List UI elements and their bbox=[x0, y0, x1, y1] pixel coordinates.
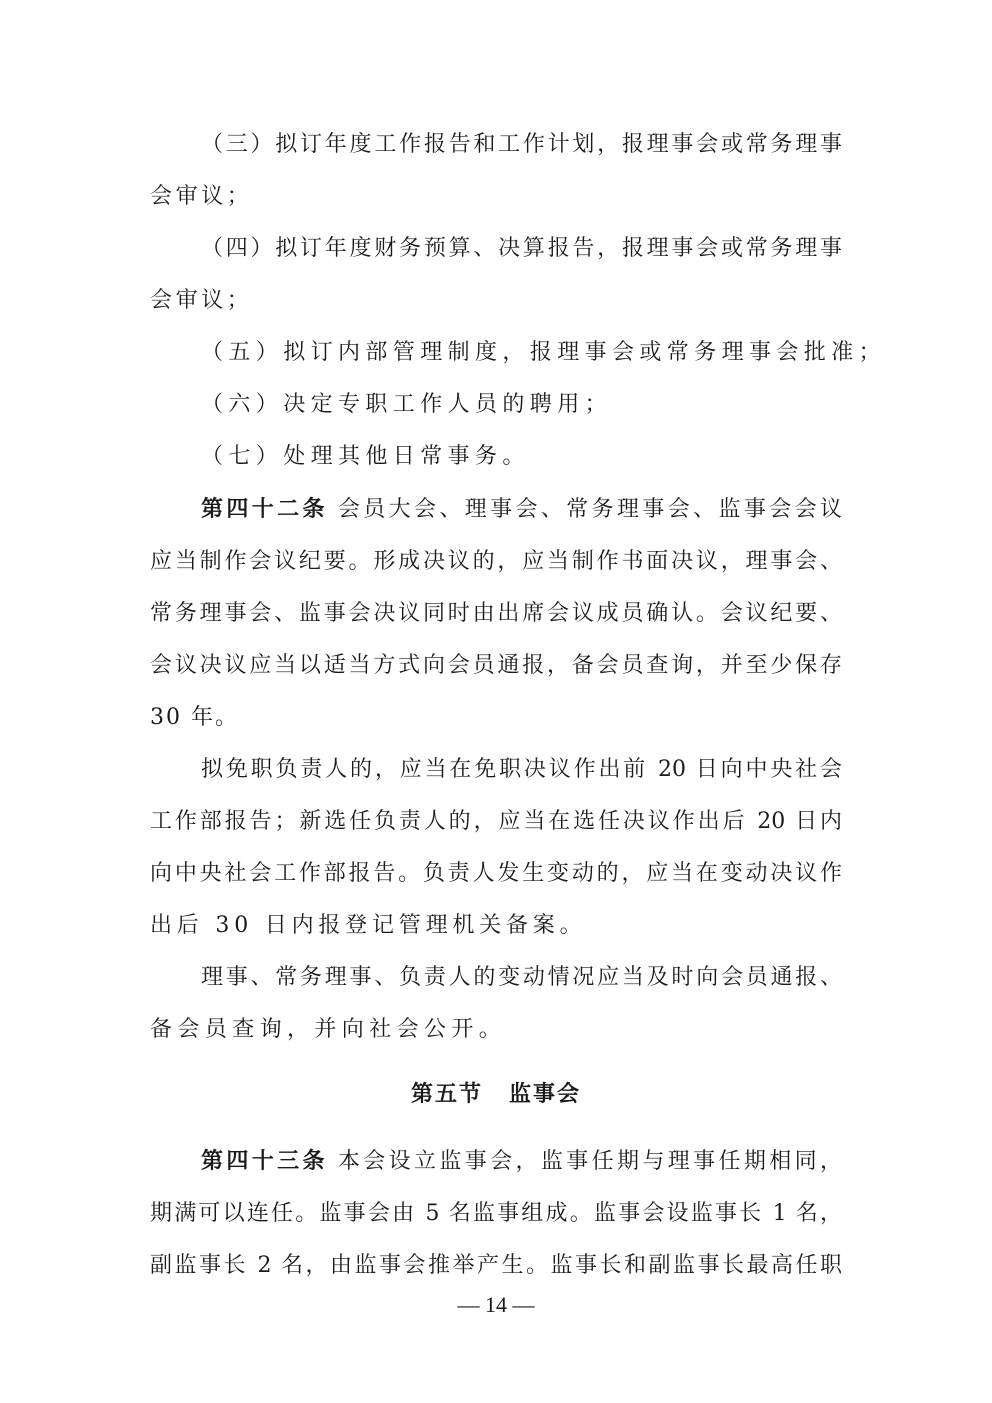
list-item-4-line-1: （四）拟订年度财务预算、决算报告，报理事会或常务理事 bbox=[201, 231, 842, 267]
article-42-line-1: 第四十二条会员大会、理事会、常务理事会、监事会会议 bbox=[201, 492, 842, 528]
section-number: 第五节 bbox=[411, 1082, 483, 1107]
article-43-line-2: 期满可以连任。监事会由 5 名监事组成。监事会设监事长 1 名， bbox=[150, 1196, 842, 1232]
article-43-line-3: 副监事长 2 名，由监事会推举产生。监事长和副监事长最高任职 bbox=[150, 1248, 842, 1284]
article-42-para2-line-2: 工作部报告；新选任负责人的，应当在选任决议作出后 20 日内 bbox=[150, 804, 842, 840]
article-43-text: 本会设立监事会，监事任期与理事任期相同， bbox=[338, 1149, 842, 1174]
article-42-line-3: 常务理事会、监事会决议同时由出席会议成员确认。会议纪要、 bbox=[150, 596, 842, 632]
article-42-line-4: 会议决议应当以适当方式向会员通报，备会员查询，并至少保存 bbox=[150, 648, 842, 684]
list-item-7: （七）处理其他日常事务。 bbox=[201, 439, 842, 475]
article-42-para2-line-1: 拟免职负责人的，应当在免职决议作出前 20 日向中央社会 bbox=[201, 752, 842, 788]
list-item-5: （五）拟订内部管理制度，报理事会或常务理事会批准； bbox=[201, 335, 842, 371]
article-42-label: 第四十二条 bbox=[201, 497, 328, 522]
list-item-4-line-2: 会审议； bbox=[150, 283, 842, 319]
article-42-line-2: 应当制作会议纪要。形成决议的，应当制作书面决议，理事会、 bbox=[150, 544, 842, 580]
article-42-para3-line-1: 理事、常务理事、负责人的变动情况应当及时向会员通报、 bbox=[201, 960, 842, 996]
list-item-3-line-2: 会审议； bbox=[150, 179, 842, 215]
article-43-label: 第四十三条 bbox=[201, 1149, 328, 1174]
page-number: — 14 — bbox=[0, 1290, 992, 1320]
list-item-3-line-1: （三）拟订年度工作报告和工作计划，报理事会或常务理事 bbox=[201, 127, 842, 163]
article-42-para3-line-2: 备会员查询，并向社会公开。 bbox=[150, 1012, 842, 1048]
article-42-para2-line-3: 向中央社会工作部报告。负责人发生变动的，应当在变动决议作 bbox=[150, 856, 842, 892]
section-title: 监事会 bbox=[509, 1082, 581, 1107]
document-page: （三）拟订年度工作报告和工作计划，报理事会或常务理事 会审议； （四）拟订年度财… bbox=[0, 0, 992, 1403]
article-42-para2-line-4: 出后 30 日内报登记管理机关备案。 bbox=[150, 908, 842, 944]
section-heading: 第五节监事会 bbox=[0, 1077, 992, 1113]
list-item-6: （六）决定专职工作人员的聘用； bbox=[201, 387, 842, 423]
article-43-line-1: 第四十三条本会设立监事会，监事任期与理事任期相同， bbox=[201, 1144, 842, 1180]
article-42-text: 会员大会、理事会、常务理事会、监事会会议 bbox=[338, 497, 842, 522]
article-42-line-5: 30 年。 bbox=[150, 700, 842, 736]
